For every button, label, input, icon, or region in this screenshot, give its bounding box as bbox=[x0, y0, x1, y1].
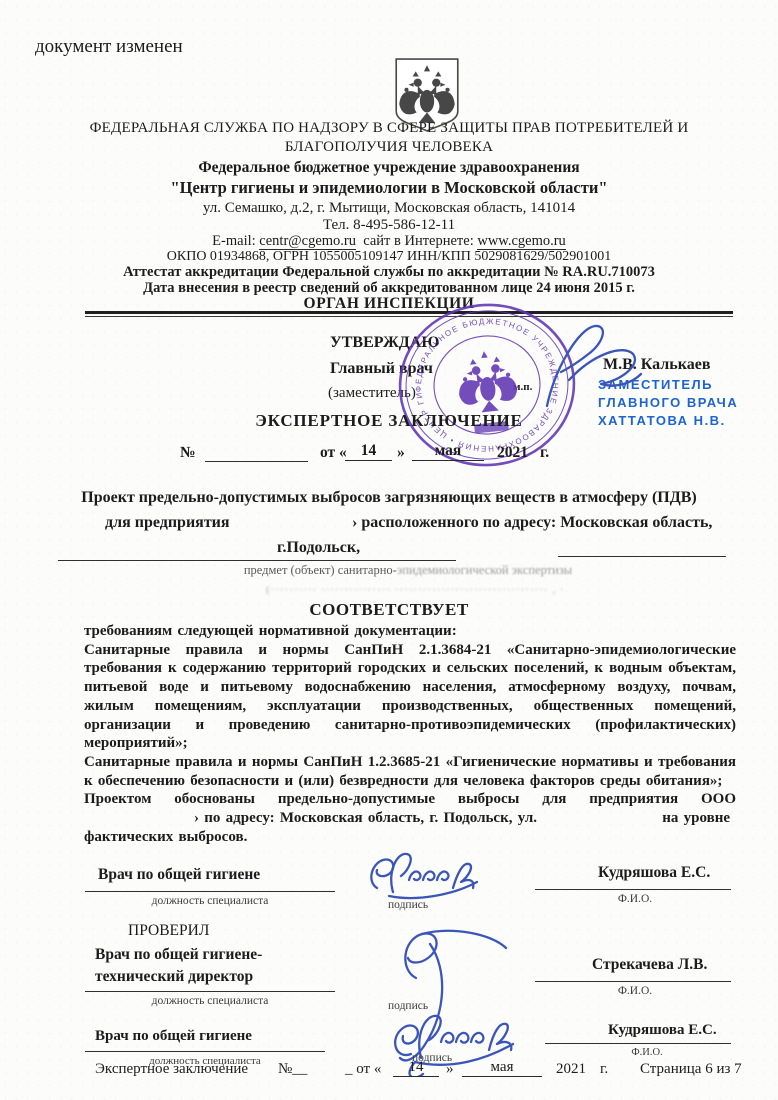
checked-label: ПРОВЕРИЛ bbox=[128, 922, 209, 940]
fio-caption-1: Ф.И.О. bbox=[600, 893, 670, 905]
position-underline-1 bbox=[85, 891, 335, 892]
date-month: мая bbox=[412, 442, 484, 461]
org-contacts-line: E-mail: centr@cgemo.ru сайт в Интернете:… bbox=[0, 233, 778, 250]
fio-caption-3: Ф.И.О. bbox=[612, 1047, 682, 1058]
subject-caption-right: эпидемиологической экспертизы bbox=[397, 563, 572, 577]
site-label: сайт в Интернете: bbox=[363, 233, 474, 249]
footer-doc-label: Экспертное заключение bbox=[95, 1061, 248, 1078]
project-address-fragment: › по адресу: Московская область, г. Подо… bbox=[194, 809, 537, 828]
date-day: 14 bbox=[345, 442, 392, 461]
project-level-fragment: на уровне bbox=[662, 809, 730, 828]
scanned-document-page: документ изменен ФЕДЕРАЛЬНАЯ СЛУЖБА ПО Н… bbox=[0, 0, 778, 1100]
footer-from-label: _ от « bbox=[345, 1061, 381, 1078]
specialist-position-3: Врач по общей гигиене bbox=[95, 1028, 252, 1045]
document-title: ЭКСПЕРТНОЕ ЗАКЛЮЧЕНИЕ bbox=[0, 411, 778, 431]
specialist-name-3: Кудряшова Е.С. bbox=[608, 1022, 717, 1039]
footer-month: мая bbox=[462, 1059, 542, 1077]
org-codes: ОКПО 01934868, ОГРН 1055005109147 ИНН/КП… bbox=[0, 249, 778, 265]
specialist-position-1: Врач по общей гигиене bbox=[98, 866, 260, 884]
specialist-name-2: Стрекачева Л.В. bbox=[592, 956, 707, 974]
subject-line1: Проект предельно-допустимых выбросов заг… bbox=[0, 489, 778, 507]
org-phone: Тел. 8-495-586-12-11 bbox=[0, 217, 778, 234]
body-text-block: требованиям следующей нормативной докуме… bbox=[84, 622, 736, 846]
verdict-label: СООТВЕТСТВУЕТ bbox=[0, 600, 778, 620]
subject-underline-right bbox=[558, 556, 726, 557]
footer-day: 14 bbox=[393, 1059, 439, 1077]
subject-caption: предмет (объект) санитарно-эпидемиологич… bbox=[238, 563, 578, 578]
date-from-label: от « bbox=[320, 444, 347, 462]
body-intro: требованиям следующей нормативной докуме… bbox=[84, 622, 736, 641]
redacted-street-gap bbox=[537, 809, 662, 828]
org-name: "Центр гигиены и эпидемиологии в Московс… bbox=[0, 178, 778, 198]
number-label: № bbox=[180, 444, 196, 462]
subject-caption-left: предмет (объект) санитарно- bbox=[244, 563, 397, 577]
date-quote-close: » bbox=[397, 444, 405, 462]
org-address: ул. Семашко, д.2, г. Мытищи, Московская … bbox=[0, 200, 778, 217]
position-underline-3 bbox=[85, 1051, 325, 1052]
document-changed-note: документ изменен bbox=[35, 36, 183, 58]
footer-year: 2021 bbox=[556, 1061, 586, 1078]
accreditation-line: Аттестат аккредитации Федеральной службы… bbox=[0, 264, 778, 281]
email-label: E-mail: bbox=[212, 233, 256, 249]
body-paragraph-sanpin-3685: Санитарные правила и нормы СанПиН 1.2.36… bbox=[84, 753, 736, 790]
date-year-suffix: г. bbox=[540, 444, 549, 462]
position-caption-2: должность специалиста bbox=[105, 995, 315, 1007]
fio-caption-2: Ф.И.О. bbox=[600, 985, 670, 997]
footer-page-indicator: Страница 6 из 7 bbox=[640, 1061, 742, 1078]
service-name-line1: ФЕДЕРАЛЬНАЯ СЛУЖБА ПО НАДЗОРУ В СФЕРЕ ЗА… bbox=[0, 120, 778, 137]
position-underline-2 bbox=[85, 991, 335, 992]
subject-line3: г.Подольск, bbox=[277, 539, 360, 557]
body-paragraph-sanpin-3684: Санитарные правила и нормы СанПиН 2.1.36… bbox=[84, 641, 736, 753]
site-address: www.cgemo.ru bbox=[477, 233, 565, 250]
sign-caption-1: подпись bbox=[388, 899, 428, 911]
faded-illegible-caption: (·········· ··············· ············… bbox=[266, 584, 586, 596]
name-underline-1 bbox=[535, 889, 731, 890]
footer-quote-close: » bbox=[446, 1061, 454, 1078]
body-paragraph-project-line1: Проектом обоснованы предельно-допустимые… bbox=[84, 790, 736, 809]
body-paragraph-project-line2: › по адресу: Московская область, г. Подо… bbox=[84, 809, 736, 828]
specialist-name-1: Кудряшова Е.С. bbox=[598, 864, 710, 882]
footer-number: №__ bbox=[278, 1061, 307, 1078]
number-blank-line bbox=[205, 461, 308, 462]
subject-line2-left: для предприятия bbox=[105, 514, 230, 532]
footer-year-suffix: г. bbox=[600, 1061, 608, 1078]
date-year: 2021 bbox=[497, 444, 528, 462]
position-caption-1: должность специалиста bbox=[105, 895, 315, 907]
email-address: centr@cgemo.ru bbox=[259, 233, 356, 250]
service-name-line2: БЛАГОПОЛУЧИЯ ЧЕЛОВЕКА bbox=[0, 139, 778, 156]
specialist-signature-1 bbox=[363, 836, 481, 908]
specialist-position-2: Врач по общей гигиене- технический дирек… bbox=[95, 944, 262, 988]
subject-line2-right: › расположенного по адресу: Московская о… bbox=[352, 514, 712, 532]
approver-signature bbox=[535, 318, 645, 413]
org-type: Федеральное бюджетное учреждение здравоо… bbox=[0, 159, 778, 177]
name-underline-2 bbox=[535, 981, 731, 982]
name-underline-3 bbox=[545, 1043, 731, 1044]
subject-underline-left bbox=[58, 560, 456, 561]
